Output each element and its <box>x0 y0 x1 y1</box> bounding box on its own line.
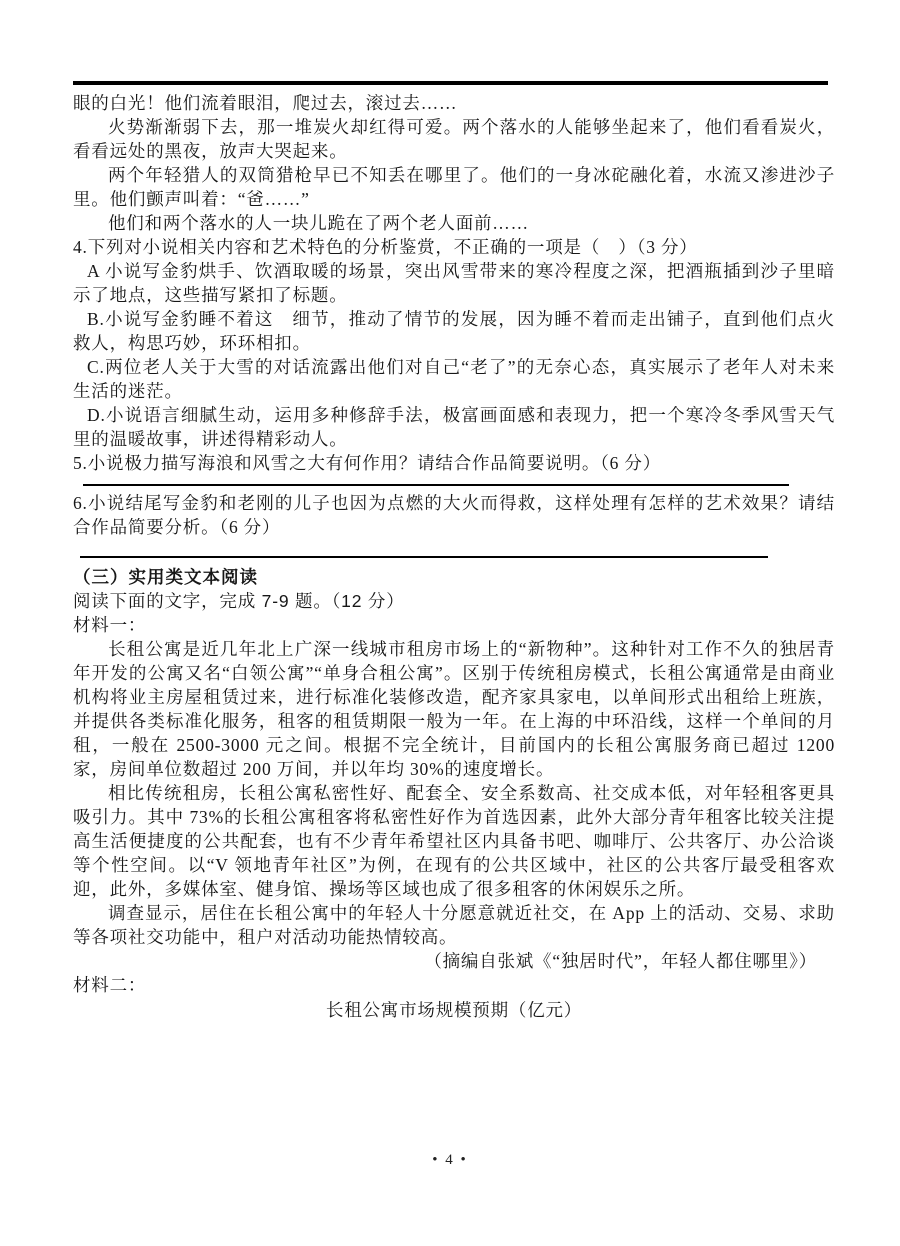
story-paragraph-2: 两个年轻猎人的双筒猎枪早已不知丢在哪里了。他们的一身冰砣融化着，水流又渗进沙子里… <box>73 163 835 211</box>
section-3-heading: （三）实用类文本阅读 <box>73 565 835 589</box>
question-6: 6.小说结尾写金豹和老刚的儿子也因为点燃的大火而得救，这样处理有怎样的艺术效果？… <box>73 491 835 539</box>
material-1-label: 材料一： <box>73 613 835 637</box>
story-paragraph-3: 他们和两个落水的人一块儿跪在了两个老人面前…… <box>73 211 835 235</box>
answer-divider-rule-1 <box>83 484 789 486</box>
question-4-option-d: D.小说语言细腻生动，运用多种修辞手法，极富画面感和表现力，把一个寒冷冬季风雪天… <box>73 403 835 451</box>
question-5: 5.小说极力描写海浪和风雪之大有何作用？请结合作品简要说明。（6 分） <box>73 451 835 475</box>
source-attribution: （摘编自张斌《“独居时代”，年轻人都住哪里》） <box>73 949 835 973</box>
reading-instruction: 阅读下面的文字，完成 7-9 题。（12 分） <box>73 589 835 613</box>
story-paragraph-1: 火势渐渐弱下去，那一堆炭火却红得可爱。两个落水的人能够坐起来了，他们看看炭火，看… <box>73 115 835 163</box>
exam-paper-page: 眼的白光！他们流着眼泪，爬过去，滚过去…… 火势渐渐弱下去，那一堆炭火却红得可爱… <box>0 0 900 1246</box>
answer-divider-rule-2 <box>80 556 768 558</box>
material-1-paragraph-2: 相比传统租房，长租公寓私密性好、配套全、安全系数高、社交成本低，对年轻租客更具吸… <box>73 781 835 901</box>
material-2-label: 材料二： <box>73 973 835 997</box>
question-4-option-a: A 小说写金豹烘手、饮酒取暖的场景，突出风雪带来的寒冷程度之深，把酒瓶插到沙子里… <box>73 259 835 307</box>
material-1-paragraph-1: 长租公寓是近几年北上广深一线城市租房市场上的“新物种”。这种针对工作不久的独居青… <box>73 637 835 781</box>
page-header-rule <box>73 81 828 85</box>
question-4-stem: 4.下列对小说相关内容和艺术特色的分析鉴赏，不正确的一项是（ ）（3 分） <box>73 235 835 259</box>
question-4-option-c: C.两位老人关于大雪的对话流露出他们对自己“老了”的无奈心态，真实展示了老年人对… <box>73 355 835 403</box>
story-continuation-line: 眼的白光！他们流着眼泪，爬过去，滚过去…… <box>73 91 835 115</box>
material-2-chart-title: 长租公寓市场规模预期（亿元） <box>73 998 835 1022</box>
document-body: 眼的白光！他们流着眼泪，爬过去，滚过去…… 火势渐渐弱下去，那一堆炭火却红得可爱… <box>73 81 835 1022</box>
material-1-paragraph-3: 调查显示，居住在长租公寓中的年轻人十分愿意就近社交，在 App 上的活动、交易、… <box>73 901 835 949</box>
page-number: • 4 • <box>0 1152 900 1169</box>
question-4-option-b: B.小说写金豹睡不着这 细节，推动了情节的发展，因为睡不着而走出铺子，直到他们点… <box>73 307 835 355</box>
